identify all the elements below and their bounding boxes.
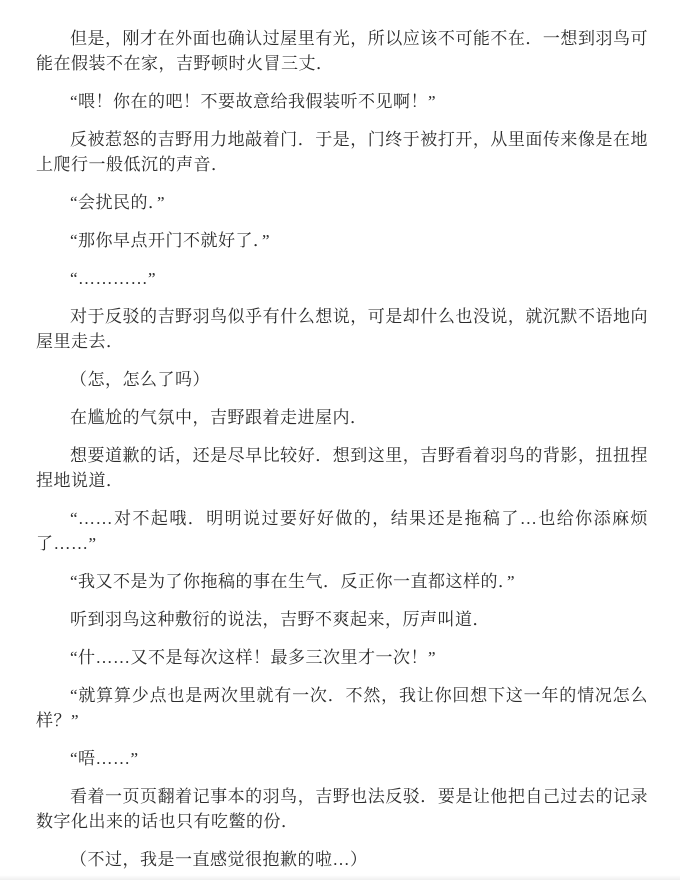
- paragraph: “喂！你在的吧！不要故意给我假装听不见啊！”: [36, 89, 648, 114]
- paragraph: “就算算少点也是两次里就有一次．不然，我让你回想下这一年的情况怎么样？”: [36, 683, 648, 733]
- paragraph: “我又不是为了你拖稿的事在生气．反正你一直都这样的．”: [36, 569, 648, 594]
- paragraph: “唔……”: [36, 746, 648, 771]
- paragraph: 在尴尬的气氛中，吉野跟着走进屋内．: [36, 405, 648, 430]
- paragraph: （不过，我是一直感觉很抱歉的啦…）: [36, 847, 648, 872]
- paragraph: “……对不起哦．明明说过要好好做的，结果还是拖稿了…也给你添麻烦了……”: [36, 506, 648, 556]
- paragraph: 听到羽鸟这种敷衍的说法，吉野不爽起来，厉声叫道．: [36, 607, 648, 632]
- paragraph: 对于反驳的吉野羽鸟似乎有什么想说，可是却什么也没说，就沉默不语地向屋里走去．: [36, 304, 648, 354]
- paragraph: “会扰民的．”: [36, 190, 648, 215]
- paragraph: 但是，刚才在外面也确认过屋里有光，所以应该不可能不在．一想到羽鸟可能在假装不在家…: [36, 26, 648, 76]
- paragraph: “那你早点开门不就好了．”: [36, 228, 648, 253]
- paragraph: 看着一页页翻着记事本的羽鸟，吉野也法反驳．要是让他把自己过去的记录数字化出来的话…: [36, 784, 648, 834]
- paragraph: “…………”: [36, 266, 648, 291]
- novel-text-block: 但是，刚才在外面也确认过屋里有光，所以应该不可能不在．一想到羽鸟可能在假装不在家…: [36, 26, 648, 880]
- paragraph: “什……又不是每次这样！最多三次里才一次！”: [36, 645, 648, 670]
- paragraph: 反被惹怒的吉野用力地敲着门．于是，门终于被打开，从里面传来像是在地上爬行一般低沉…: [36, 127, 648, 177]
- paragraph: （怎，怎么了吗）: [36, 367, 648, 392]
- novel-page: 但是，刚才在外面也确认过屋里有光，所以应该不可能不在．一想到羽鸟可能在假装不在家…: [0, 0, 680, 880]
- paragraph: 想要道歉的话，还是尽早比较好．想到这里，吉野看着羽鸟的背影，扭扭捏捏地说道．: [36, 443, 648, 493]
